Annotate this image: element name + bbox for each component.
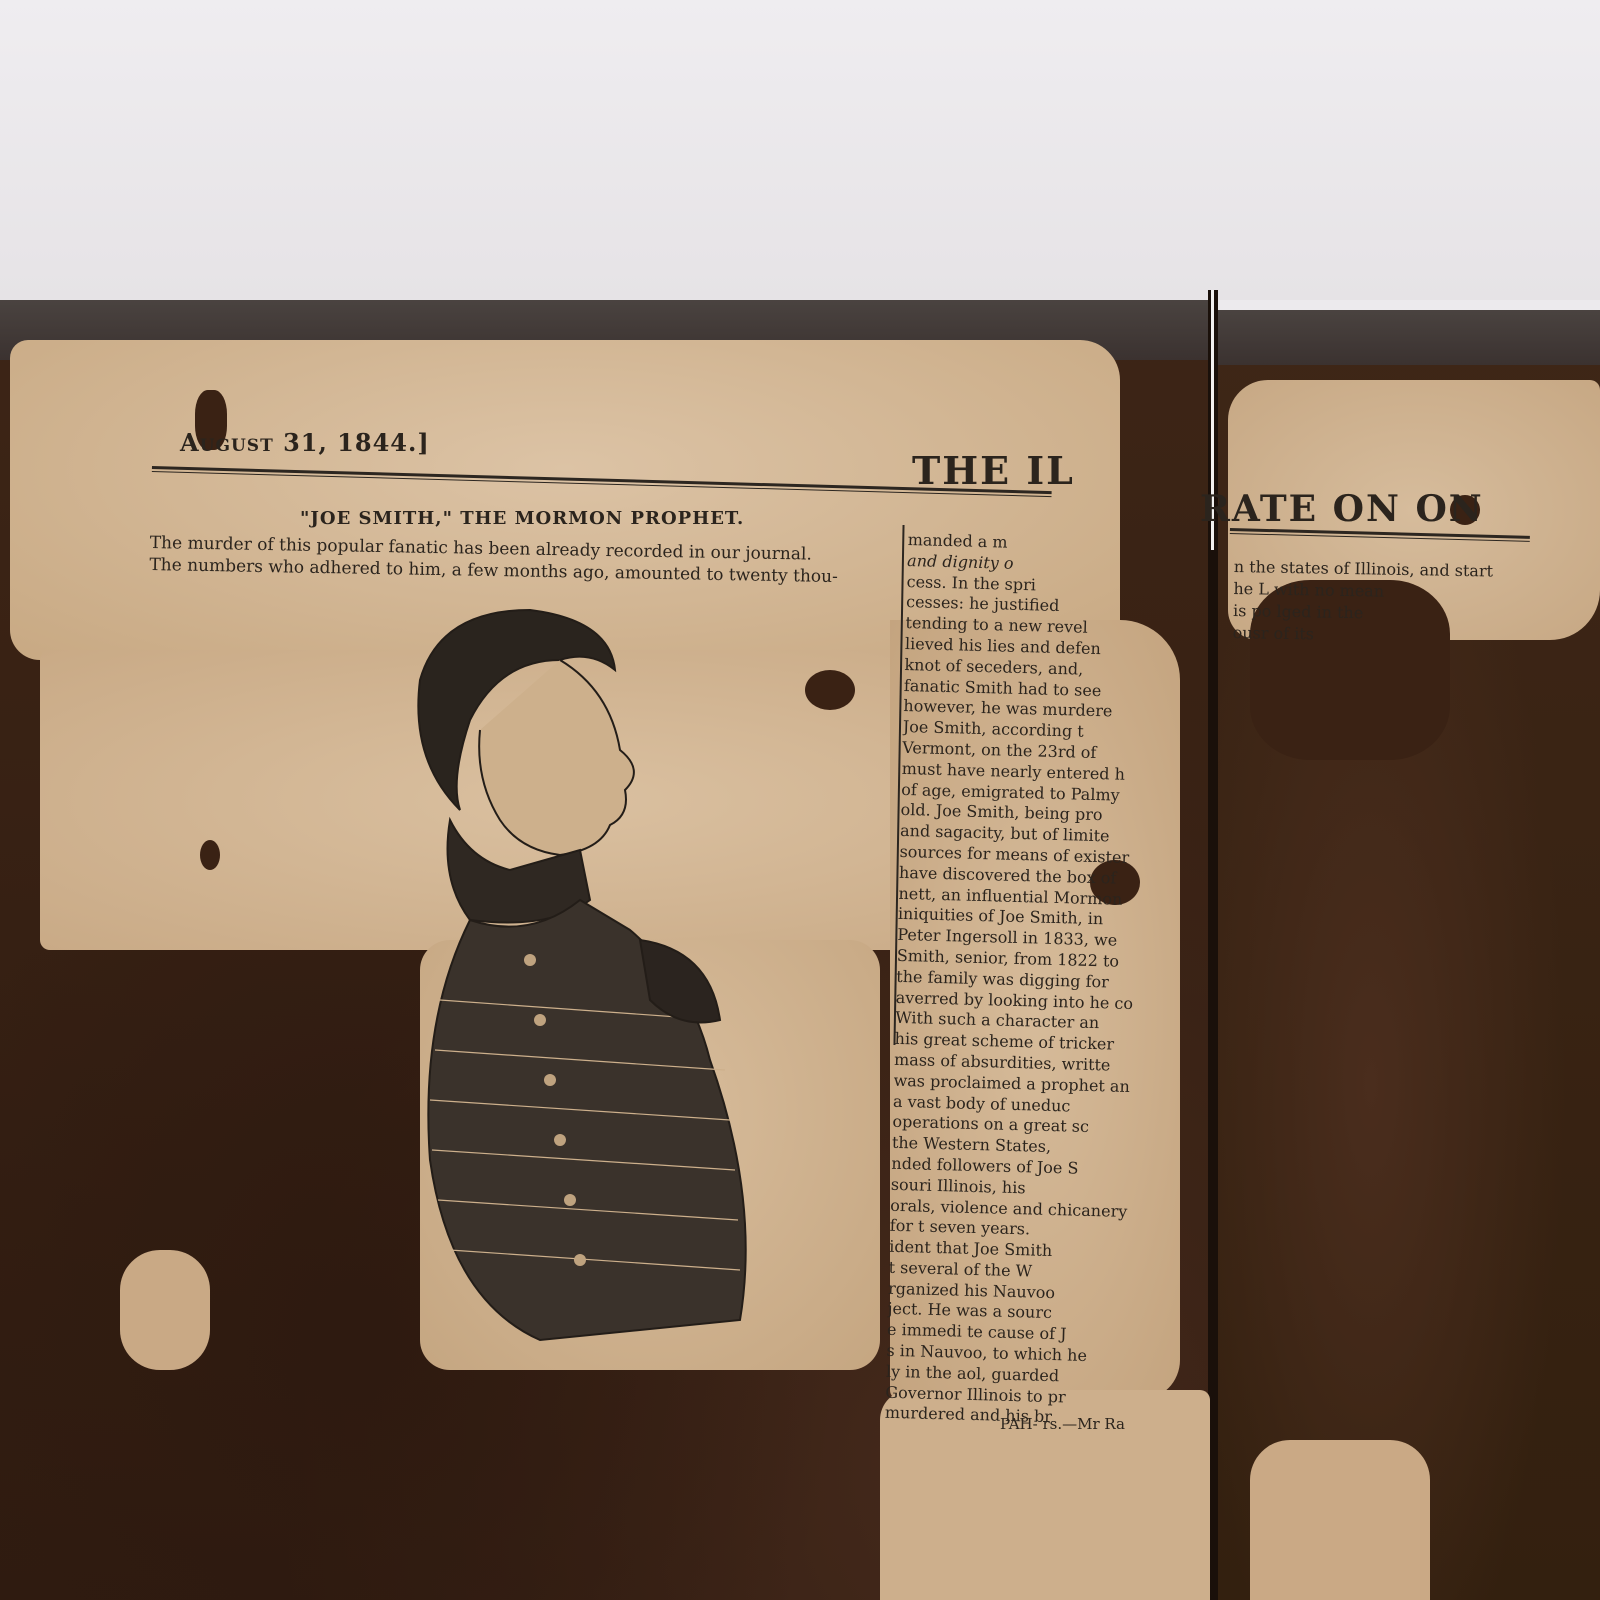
paper-hole xyxy=(805,670,855,710)
paper-hole xyxy=(200,840,220,870)
masthead-left: THE IL xyxy=(912,448,1075,493)
masthead-right: RATE ON ON xyxy=(1200,488,1484,530)
newspaper-fragment-bottom-right xyxy=(1250,1440,1430,1600)
background-wall xyxy=(0,0,1600,300)
right-column-fragment: n the states of Illinois, and start he L… xyxy=(1232,556,1493,649)
newspaper-fragment-bottom-left xyxy=(120,1250,210,1370)
newspaper-date: August 31, 1844.] xyxy=(180,428,430,457)
engraved-portrait xyxy=(380,600,760,1360)
article-headline: "JOE SMITH," THE MORMON PROPHET. xyxy=(300,508,744,529)
article-column: manded a mand dignity ocess. In the spri… xyxy=(885,530,1178,1431)
lower-fragment-text: PAH- rs.—Mr Ra xyxy=(1000,1415,1125,1433)
right-line: ousr of its xyxy=(1232,622,1492,649)
board-top-edge-right xyxy=(1218,310,1600,365)
